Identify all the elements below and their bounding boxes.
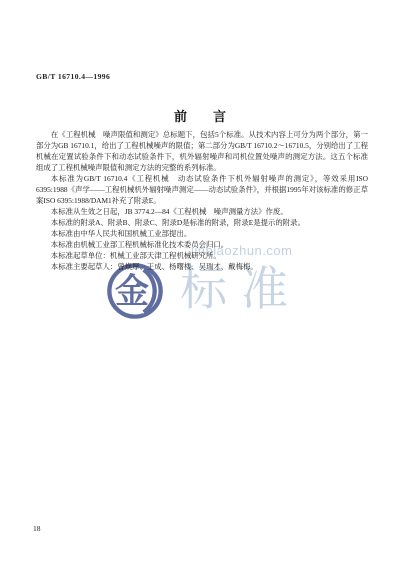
document-page: jinbiaozhun.com 金 标准 GB/T 16710.4—1996 前… <box>0 0 400 565</box>
watermark-brand-text: 标准 <box>180 267 302 314</box>
watermark: jinbiaozhun.com 金 标准 <box>0 0 400 565</box>
paragraph: 在《工程机械 噪声限值和测定》总标题下，包括5个标准。从技术内容上可分为两个部分… <box>36 129 368 173</box>
svg-text:金: 金 <box>115 273 149 311</box>
paragraph: 本标准由中华人民共和国机械工业部提出。 <box>36 228 368 239</box>
paragraph: 本标准起草单位：机械工业部天津工程机械研究所。 <box>36 250 368 261</box>
paragraph: 本标准主要起草人：曾焕厚、王成、杨曙楼、吴瑞才、戴梅梅。 <box>36 261 368 272</box>
paragraph: 本标准由机械工业部工程机械标准化技术委员会归口。 <box>36 239 368 250</box>
paragraph: 本标准从生效之日起，JB 3774.2—84《工程机械 噪声测量方法》作废。 <box>36 206 368 217</box>
paragraph: 本标准为GB/T 16710.4《工程机械 动态试验条件下机外辐射噪声的测定》，… <box>36 173 368 206</box>
paragraph: 本标准的附录A、附录B、附录C、附录D是标准的附录，附录E是提示的附录。 <box>36 217 368 228</box>
foreword-body: 在《工程机械 噪声限值和测定》总标题下，包括5个标准。从技术内容上可分为两个部分… <box>36 129 368 272</box>
